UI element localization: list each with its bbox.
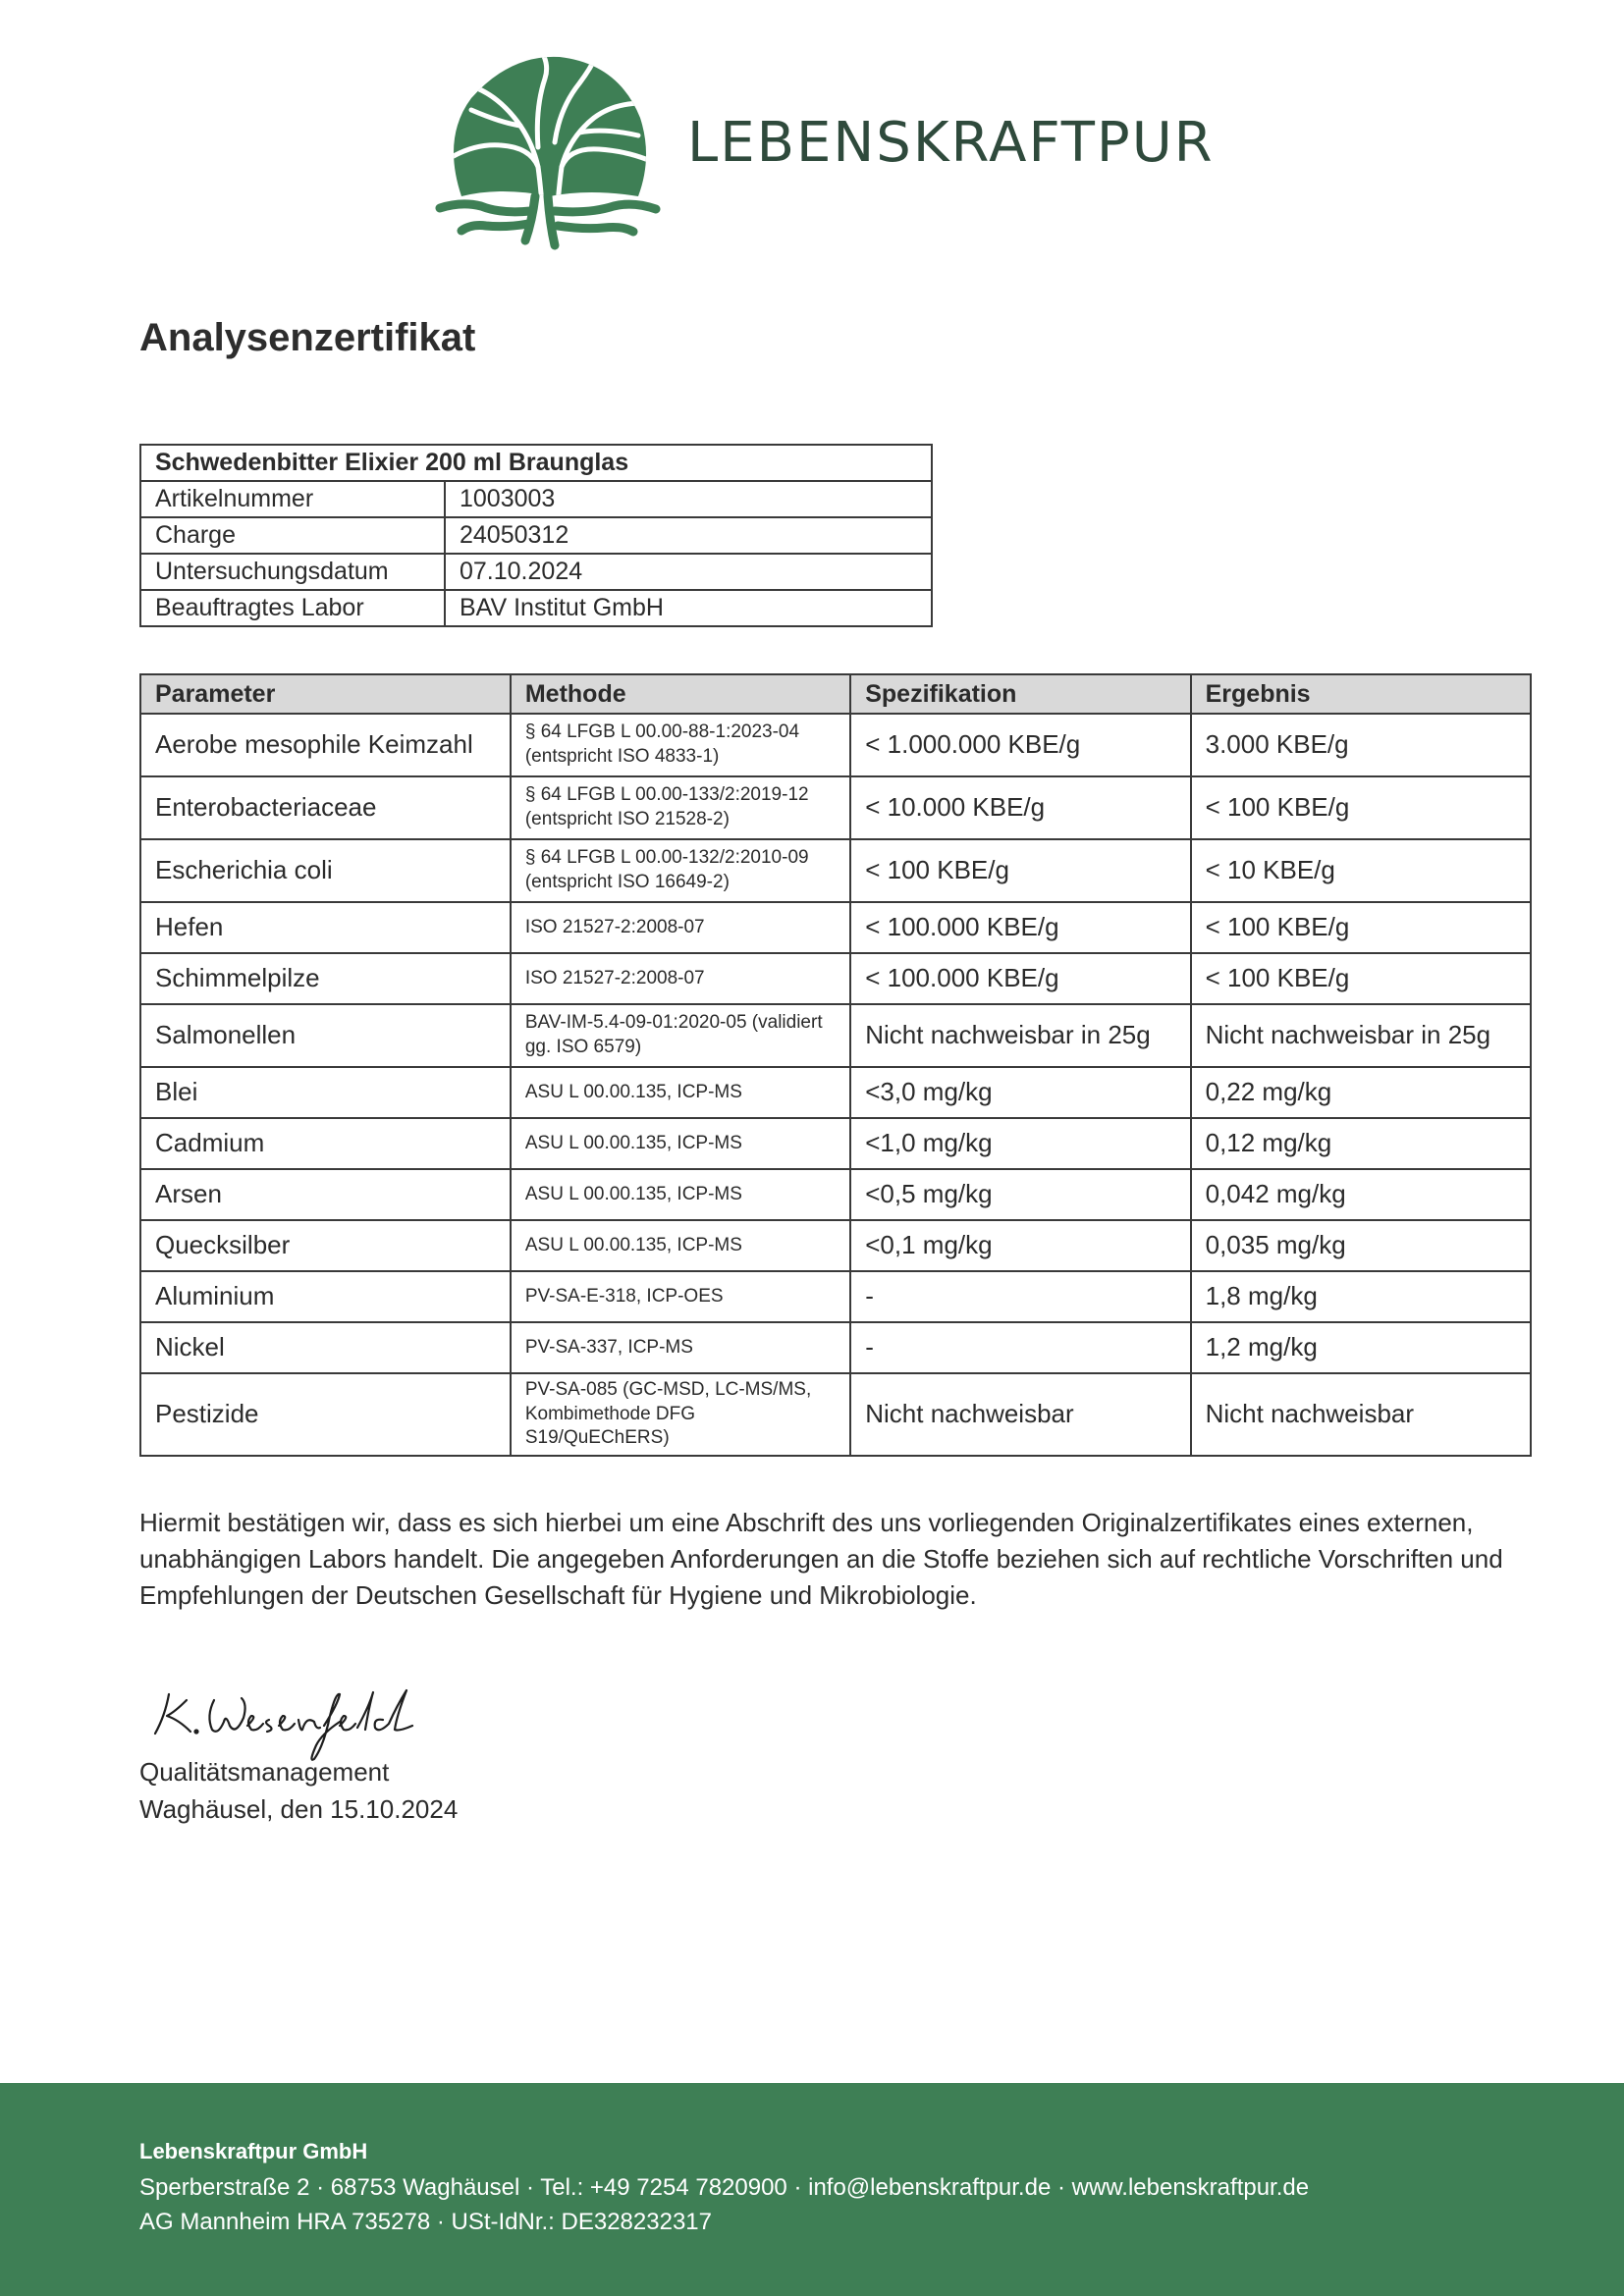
footer: Lebenskraftpur GmbH Sperberstraße 2 · 68… xyxy=(0,2083,1624,2296)
specification-cell: < 100.000 KBE/g xyxy=(850,902,1190,953)
parameter-cell: Schimmelpilze xyxy=(140,953,511,1004)
column-header-method: Methode xyxy=(511,674,850,714)
product-label: Untersuchungsdatum xyxy=(140,554,445,590)
specification-cell: <0,1 mg/kg xyxy=(850,1220,1190,1271)
analysis-row: CadmiumASU L 00.00.135, ICP-MS<1,0 mg/kg… xyxy=(140,1118,1531,1169)
confirmation-statement: Hiermit bestätigen wir, dass es sich hie… xyxy=(139,1505,1534,1614)
parameter-cell: Aluminium xyxy=(140,1271,511,1322)
footer-company: Lebenskraftpur GmbH xyxy=(139,2139,367,2164)
specification-cell: Nicht nachweisbar in 25g xyxy=(850,1004,1190,1067)
analysis-row: QuecksilberASU L 00.00.135, ICP-MS<0,1 m… xyxy=(140,1220,1531,1271)
product-info-table: Schwedenbitter Elixier 200 ml Braunglas … xyxy=(139,444,933,627)
analysis-row: AluminiumPV-SA-E-318, ICP-OES-1,8 mg/kg xyxy=(140,1271,1531,1322)
specification-cell: - xyxy=(850,1322,1190,1373)
specification-cell: <0,5 mg/kg xyxy=(850,1169,1190,1220)
specification-cell: < 100 KBE/g xyxy=(850,839,1190,902)
result-cell: 1,2 mg/kg xyxy=(1191,1322,1531,1373)
analysis-row: HefenISO 21527-2:2008-07< 100.000 KBE/g<… xyxy=(140,902,1531,953)
specification-cell: <3,0 mg/kg xyxy=(850,1067,1190,1118)
analysis-row: PestizidePV-SA-085 (GC-MSD, LC-MS/MS, Ko… xyxy=(140,1373,1531,1456)
result-cell: 0,12 mg/kg xyxy=(1191,1118,1531,1169)
column-header-result: Ergebnis xyxy=(1191,674,1531,714)
analysis-row: ArsenASU L 00.00.135, ICP-MS<0,5 mg/kg0,… xyxy=(140,1169,1531,1220)
analysis-row: SchimmelpilzeISO 21527-2:2008-07< 100.00… xyxy=(140,953,1531,1004)
specification-cell: < 1.000.000 KBE/g xyxy=(850,714,1190,776)
parameter-cell: Blei xyxy=(140,1067,511,1118)
parameter-cell: Quecksilber xyxy=(140,1220,511,1271)
product-row: Charge 24050312 xyxy=(140,517,932,554)
method-cell: ISO 21527-2:2008-07 xyxy=(511,902,850,953)
specification-cell: - xyxy=(850,1271,1190,1322)
product-label: Beauftragtes Labor xyxy=(140,590,445,626)
method-cell: PV-SA-337, ICP-MS xyxy=(511,1322,850,1373)
method-cell: PV-SA-085 (GC-MSD, LC-MS/MS, Kombimethod… xyxy=(511,1373,850,1456)
method-cell: § 64 LFGB L 00.00-132/2:2010-09 (entspri… xyxy=(511,839,850,902)
method-cell: § 64 LFGB L 00.00-133/2:2019-12 (entspri… xyxy=(511,776,850,839)
parameter-cell: Cadmium xyxy=(140,1118,511,1169)
analysis-row: BleiASU L 00.00.135, ICP-MS<3,0 mg/kg0,2… xyxy=(140,1067,1531,1118)
page-title: Analysenzertifikat xyxy=(139,316,475,360)
result-cell: 3.000 KBE/g xyxy=(1191,714,1531,776)
parameter-cell: Enterobacteriaceae xyxy=(140,776,511,839)
result-cell: < 100 KBE/g xyxy=(1191,953,1531,1004)
method-cell: ASU L 00.00.135, ICP-MS xyxy=(511,1220,850,1271)
product-label: Artikelnummer xyxy=(140,481,445,517)
product-value: 1003003 xyxy=(445,481,932,517)
specification-cell: < 100.000 KBE/g xyxy=(850,953,1190,1004)
parameter-cell: Aerobe mesophile Keimzahl xyxy=(140,714,511,776)
result-cell: Nicht nachweisbar in 25g xyxy=(1191,1004,1531,1067)
result-cell: 1,8 mg/kg xyxy=(1191,1271,1531,1322)
method-cell: ASU L 00.00.135, ICP-MS xyxy=(511,1067,850,1118)
product-header-row: Schwedenbitter Elixier 200 ml Braunglas xyxy=(140,445,932,481)
tree-of-life-icon xyxy=(432,49,668,255)
result-cell: < 100 KBE/g xyxy=(1191,902,1531,953)
signature-image xyxy=(147,1686,452,1765)
footer-register: AG Mannheim HRA 735278 · USt-IdNr.: DE32… xyxy=(139,2209,712,2236)
analysis-row: SalmonellenBAV-IM-5.4-09-01:2020-05 (val… xyxy=(140,1004,1531,1067)
parameter-cell: Arsen xyxy=(140,1169,511,1220)
parameter-cell: Hefen xyxy=(140,902,511,953)
parameter-cell: Pestizide xyxy=(140,1373,511,1456)
method-cell: BAV-IM-5.4-09-01:2020-05 (validiert gg. … xyxy=(511,1004,850,1067)
product-value: BAV Institut GmbH xyxy=(445,590,932,626)
method-cell: PV-SA-E-318, ICP-OES xyxy=(511,1271,850,1322)
parameter-cell: Escherichia coli xyxy=(140,839,511,902)
method-cell: ISO 21527-2:2008-07 xyxy=(511,953,850,1004)
analysis-row: Aerobe mesophile Keimzahl§ 64 LFGB L 00.… xyxy=(140,714,1531,776)
analysis-table: Parameter Methode Spezifikation Ergebnis… xyxy=(139,673,1532,1457)
parameter-cell: Salmonellen xyxy=(140,1004,511,1067)
specification-cell: <1,0 mg/kg xyxy=(850,1118,1190,1169)
result-cell: < 100 KBE/g xyxy=(1191,776,1531,839)
analysis-header-row: Parameter Methode Spezifikation Ergebnis xyxy=(140,674,1531,714)
analysis-row: Enterobacteriaceae§ 64 LFGB L 00.00-133/… xyxy=(140,776,1531,839)
specification-cell: < 10.000 KBE/g xyxy=(850,776,1190,839)
footer-address: Sperberstraße 2 · 68753 Waghäusel · Tel.… xyxy=(139,2174,1309,2202)
product-value: 07.10.2024 xyxy=(445,554,932,590)
parameter-cell: Nickel xyxy=(140,1322,511,1373)
product-row: Beauftragtes Labor BAV Institut GmbH xyxy=(140,590,932,626)
signer-role: Qualitätsmanagement xyxy=(139,1757,389,1788)
column-header-parameter: Parameter xyxy=(140,674,511,714)
analysis-row: Escherichia coli§ 64 LFGB L 00.00-132/2:… xyxy=(140,839,1531,902)
method-cell: § 64 LFGB L 00.00-88-1:2023-04 (entspric… xyxy=(511,714,850,776)
analysis-row: NickelPV-SA-337, ICP-MS-1,2 mg/kg xyxy=(140,1322,1531,1373)
column-header-specification: Spezifikation xyxy=(850,674,1190,714)
product-row: Artikelnummer 1003003 xyxy=(140,481,932,517)
result-cell: 0,035 mg/kg xyxy=(1191,1220,1531,1271)
brand-name: LEBENSKRAFTPUR xyxy=(687,116,1215,171)
place-date: Waghäusel, den 15.10.2024 xyxy=(139,1794,458,1825)
product-name: Schwedenbitter Elixier 200 ml Braunglas xyxy=(140,445,932,481)
specification-cell: Nicht nachweisbar xyxy=(850,1373,1190,1456)
method-cell: ASU L 00.00.135, ICP-MS xyxy=(511,1169,850,1220)
result-cell: Nicht nachweisbar xyxy=(1191,1373,1531,1456)
method-cell: ASU L 00.00.135, ICP-MS xyxy=(511,1118,850,1169)
result-cell: 0,22 mg/kg xyxy=(1191,1067,1531,1118)
result-cell: 0,042 mg/kg xyxy=(1191,1169,1531,1220)
product-label: Charge xyxy=(140,517,445,554)
result-cell: < 10 KBE/g xyxy=(1191,839,1531,902)
product-value: 24050312 xyxy=(445,517,932,554)
product-row: Untersuchungsdatum 07.10.2024 xyxy=(140,554,932,590)
